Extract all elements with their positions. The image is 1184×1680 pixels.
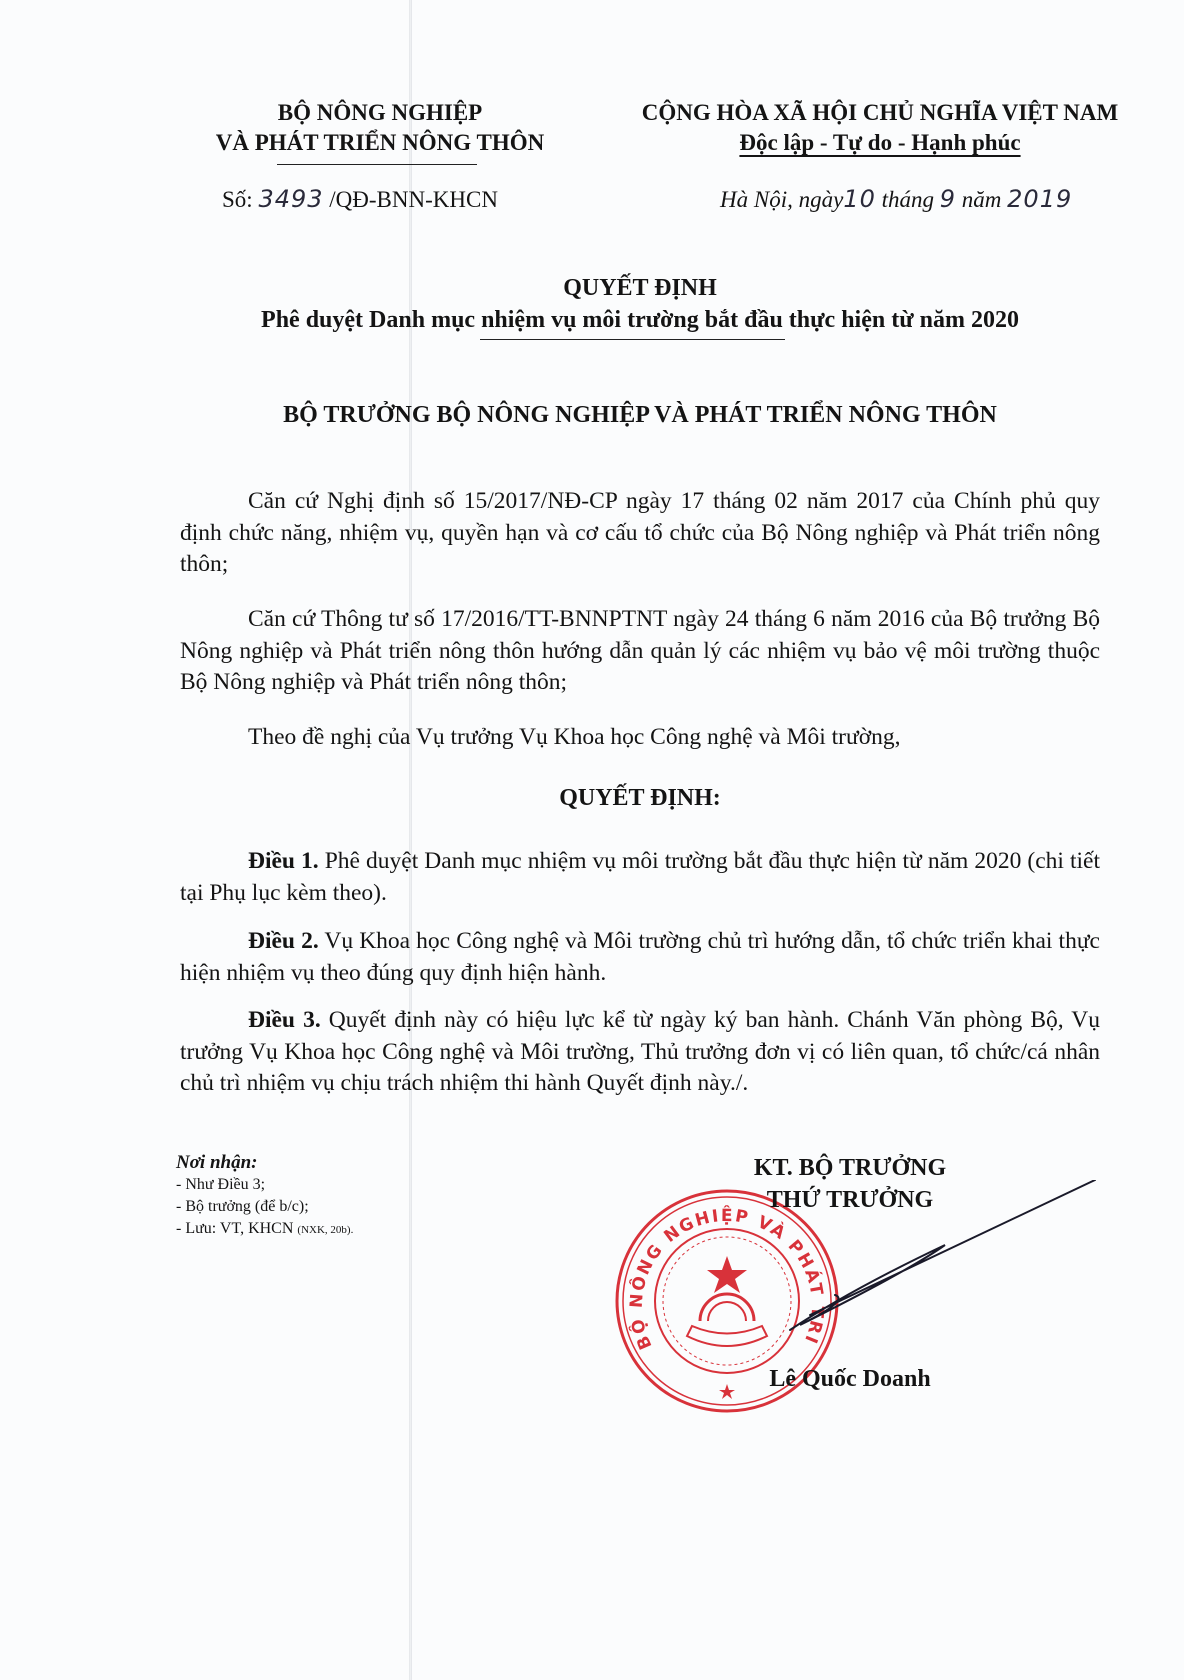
signature-line1: KT. BỘ TRƯỞNG — [700, 1152, 1000, 1184]
recipient-item: - Lưu: VT, KHCN (NXK, 20b). — [176, 1218, 353, 1241]
document-title: QUYẾT ĐỊNH Phê duyệt Danh mục nhiệm vụ m… — [200, 272, 1080, 336]
date-year-label: năm — [962, 187, 1002, 212]
national-motto: Độc lập - Tự do - Hạnh phúc — [739, 130, 1020, 155]
title-subtitle: Phê duyệt Danh mục nhiệm vụ môi trường b… — [200, 304, 1080, 336]
ministry-header: BỘ NÔNG NGHIỆP VÀ PHÁT TRIỂN NÔNG THÔN — [180, 98, 580, 158]
title-heading: QUYẾT ĐỊNH — [200, 272, 1080, 304]
recipient-item: - Như Điều 3; — [176, 1174, 353, 1196]
recipients-label: Nơi nhận: — [176, 1152, 353, 1174]
preamble-paragraph: Theo đề nghị của Vụ trưởng Vụ Khoa học C… — [180, 722, 1100, 754]
date-day: 10 — [843, 185, 876, 213]
date-month-label: tháng — [882, 187, 934, 212]
document-date: Hà Nội, ngày10 tháng 9 năm 2019 — [720, 185, 1072, 213]
document-number: Số: 3493 /QĐ-BNN-KHCN — [222, 185, 498, 213]
signer-name: Lê Quốc Doanh — [700, 1366, 1000, 1393]
ministry-name-line1: BỘ NÔNG NGHIỆP — [180, 98, 580, 128]
preamble-paragraph: Căn cứ Thông tư số 17/2016/TT-BNNPTNT ng… — [180, 604, 1100, 699]
article-2: Điều 2. Vụ Khoa học Công nghệ và Môi trư… — [180, 926, 1100, 989]
recipient-item: - Bộ trưởng (để b/c); — [176, 1196, 353, 1218]
page-fold-line — [409, 0, 412, 1680]
number-handwritten: 3493 — [258, 185, 323, 213]
preamble-paragraph: Căn cứ Nghị định số 15/2017/NĐ-CP ngày 1… — [180, 486, 1100, 581]
date-place: Hà Nội, ngày — [720, 187, 843, 212]
ministry-name-line2: VÀ PHÁT TRIỂN NÔNG THÔN — [180, 128, 580, 158]
recipients-block: Nơi nhận: - Như Điều 3; - Bộ trưởng (để … — [176, 1152, 353, 1241]
article-text: Phê duyệt Danh mục nhiệm vụ môi trường b… — [180, 848, 1100, 906]
article-1: Điều 1. Phê duyệt Danh mục nhiệm vụ môi … — [180, 846, 1100, 909]
article-label: Điều 2. — [248, 928, 319, 954]
date-year: 2019 — [1007, 185, 1072, 213]
signature-line2: THỨ TRƯỞNG — [700, 1184, 1000, 1216]
ministry-divider — [277, 164, 477, 165]
republic-header: CỘNG HÒA XÃ HỘI CHỦ NGHĨA VIỆT NAM Độc l… — [590, 98, 1170, 158]
number-label: Số: — [222, 187, 253, 212]
issuing-authority: BỘ TRƯỞNG BỘ NÔNG NGHIỆP VÀ PHÁT TRIỂN N… — [200, 402, 1080, 429]
decision-heading: QUYẾT ĐỊNH: — [200, 785, 1080, 812]
article-3: Điều 3. Quyết định này có hiệu lực kể từ… — [180, 1005, 1100, 1100]
republic-name: CỘNG HÒA XÃ HỘI CHỦ NGHĨA VIỆT NAM — [590, 98, 1170, 128]
signature-title: KT. BỘ TRƯỞNG THỨ TRƯỞNG — [700, 1152, 1000, 1216]
number-suffix: /QĐ-BNN-KHCN — [329, 187, 498, 212]
recipient-note: (NXK, 20b). — [297, 1224, 353, 1236]
article-label: Điều 3. — [248, 1007, 321, 1033]
article-label: Điều 1. — [248, 848, 319, 874]
article-text: Vụ Khoa học Công nghệ và Môi trường chủ … — [180, 928, 1100, 986]
title-divider — [480, 339, 785, 340]
date-month: 9 — [940, 185, 956, 213]
